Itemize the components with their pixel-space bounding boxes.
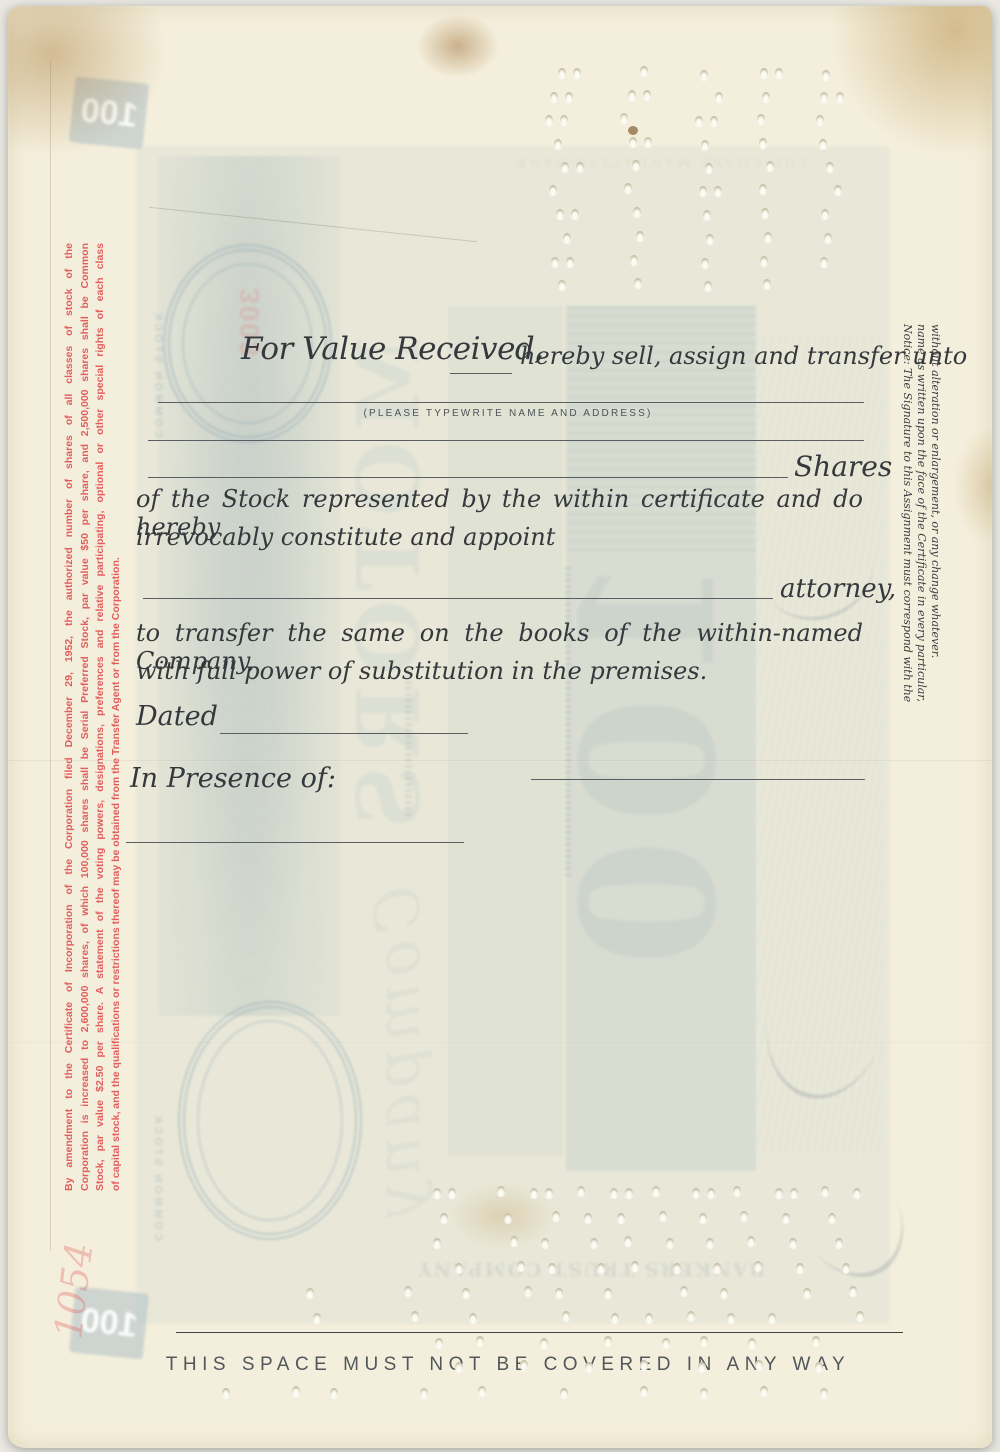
punch-hole bbox=[849, 1286, 857, 1296]
punch-hole bbox=[577, 1186, 585, 1196]
punch-hole bbox=[659, 1211, 667, 1221]
in-presence-of-label: In Presence of: bbox=[130, 763, 336, 794]
punch-hole bbox=[558, 280, 566, 290]
punch-hole bbox=[585, 1362, 593, 1372]
punch-hole bbox=[700, 1336, 708, 1346]
punch-hole bbox=[555, 1288, 563, 1298]
punch-hole bbox=[520, 1360, 528, 1370]
punch-hole bbox=[566, 257, 574, 267]
assignee-line-1[interactable] bbox=[158, 402, 864, 403]
footer-instruction: THIS SPACE MUST NOT BE COVERED IN ANY WA… bbox=[8, 1354, 992, 1376]
punch-hole bbox=[680, 1286, 688, 1296]
punch-hole bbox=[820, 1388, 828, 1398]
punch-hole bbox=[584, 1213, 592, 1223]
punch-hole bbox=[820, 92, 828, 102]
punch-hole bbox=[556, 209, 564, 219]
amendment-legend-line: of capital stock, and the qualifications… bbox=[109, 243, 125, 1191]
punch-hole bbox=[740, 1211, 748, 1221]
punch-hole bbox=[715, 92, 723, 102]
notice-line: without alteration or enlargement, or an… bbox=[928, 324, 942, 772]
punch-hole bbox=[524, 1286, 532, 1296]
punch-hole bbox=[824, 233, 832, 243]
punch-hole bbox=[755, 1360, 763, 1370]
punch-hole bbox=[554, 139, 562, 149]
assignee-line-2[interactable] bbox=[148, 440, 864, 441]
punch-hole bbox=[643, 90, 651, 100]
punch-hole bbox=[706, 1238, 714, 1248]
punch-hole bbox=[761, 208, 769, 218]
foxing-stain-right-edge bbox=[952, 426, 992, 546]
punch-hole bbox=[435, 1338, 443, 1348]
punch-hole bbox=[714, 186, 722, 196]
punch-hole bbox=[819, 139, 827, 149]
deckle-edge-line bbox=[50, 61, 51, 1251]
punch-hole bbox=[433, 1188, 441, 1198]
punch-hole bbox=[763, 279, 771, 289]
punch-hole bbox=[628, 90, 636, 100]
ghost-company-word: Company bbox=[361, 886, 434, 1223]
punch-hole bbox=[634, 278, 642, 288]
punch-hole bbox=[701, 140, 709, 150]
punch-hole bbox=[764, 232, 772, 242]
punch-hole bbox=[652, 1186, 660, 1196]
punch-hole bbox=[828, 1213, 836, 1223]
punch-hole bbox=[604, 1336, 612, 1346]
punch-hole bbox=[673, 1263, 681, 1273]
fold-crease bbox=[8, 760, 992, 762]
punch-hole bbox=[821, 209, 829, 219]
punch-hole bbox=[640, 1360, 648, 1370]
typewrite-caption: (PLEASE TYPEWRITE NAME AND ADDRESS) bbox=[8, 408, 992, 419]
showthrough-engraving-band bbox=[158, 156, 340, 1016]
punch-hole bbox=[705, 163, 713, 173]
dated-label: Dated bbox=[136, 701, 218, 732]
punch-hole bbox=[455, 1263, 463, 1273]
punch-hole bbox=[548, 1263, 556, 1273]
punch-hole bbox=[560, 1388, 568, 1398]
witness-line[interactable] bbox=[126, 842, 464, 843]
punch-hole bbox=[478, 1386, 486, 1396]
amendment-legend-line: Corporation is increased to 2,600,000 sh… bbox=[78, 243, 94, 1191]
ghost-corner-denomination-top: 100 bbox=[69, 76, 149, 149]
punch-hole bbox=[517, 1261, 525, 1271]
showthrough-microtext-stripe bbox=[564, 566, 571, 876]
punch-hole bbox=[713, 1263, 721, 1273]
showthrough-microtext-stripe bbox=[405, 666, 412, 816]
punch-hole bbox=[563, 233, 571, 243]
amendment-legend-line: Stock, par value $2.50 per share. A stat… bbox=[93, 243, 109, 1191]
punch-hole bbox=[549, 185, 557, 195]
punch-hole bbox=[573, 68, 581, 78]
punch-hole bbox=[816, 115, 824, 125]
punch-hole bbox=[760, 1386, 768, 1396]
punch-hole bbox=[565, 92, 573, 102]
punch-hole bbox=[703, 210, 711, 220]
punch-hole bbox=[611, 1313, 619, 1323]
punch-hole bbox=[759, 138, 767, 148]
punch-hole bbox=[701, 258, 709, 268]
showthrough-value-band bbox=[566, 306, 756, 1171]
punch-hole bbox=[645, 1313, 653, 1323]
attorney-blank-line[interactable] bbox=[143, 598, 773, 599]
punch-hole bbox=[420, 1388, 428, 1398]
foxing-stain-top-center bbox=[413, 11, 503, 81]
punch-hole bbox=[561, 162, 569, 172]
punch-hole bbox=[448, 1188, 456, 1198]
punch-hole bbox=[687, 1311, 695, 1321]
punch-hole bbox=[666, 1238, 674, 1248]
punch-hole bbox=[576, 162, 584, 172]
punch-hole bbox=[497, 1186, 505, 1196]
body-line-2: irrevocably constitute and appoint bbox=[136, 523, 555, 551]
punch-hole bbox=[727, 1313, 735, 1323]
punch-hole bbox=[699, 1213, 707, 1223]
punch-hole bbox=[545, 115, 553, 125]
punch-hole bbox=[790, 1188, 798, 1198]
amendment-legend: By amendment to the Certificate of Incor… bbox=[62, 243, 124, 1191]
punch-hole bbox=[662, 1338, 670, 1348]
foxing-speck bbox=[628, 126, 638, 135]
ghost-signature-flourish bbox=[749, 914, 908, 1112]
punch-hole bbox=[540, 1338, 548, 1348]
notice-line: Notice: The Signature to this Assignment… bbox=[900, 324, 914, 772]
punch-hole bbox=[699, 186, 707, 196]
shares-blank-line[interactable] bbox=[148, 477, 788, 478]
punch-hole bbox=[822, 70, 830, 80]
punch-hole bbox=[440, 1213, 448, 1223]
punch-hole bbox=[560, 115, 568, 125]
foxing-stain-top-left bbox=[8, 6, 178, 166]
body-line-4: with full power of substitution in the p… bbox=[136, 657, 707, 685]
punch-hole bbox=[707, 1188, 715, 1198]
punch-hole bbox=[836, 92, 844, 102]
punch-hole bbox=[597, 1263, 605, 1273]
punch-hole bbox=[620, 113, 628, 123]
punch-hole bbox=[698, 1362, 706, 1372]
punch-hole bbox=[640, 1386, 648, 1396]
punch-hole bbox=[292, 1386, 300, 1396]
punch-hole bbox=[610, 1188, 618, 1198]
punch-hole bbox=[835, 1238, 843, 1248]
punch-hole bbox=[545, 1188, 553, 1198]
punch-hole bbox=[571, 209, 579, 219]
punch-hole bbox=[624, 1236, 632, 1246]
punch-hole bbox=[640, 66, 648, 76]
certificate-paper: 3003 100 100 MOTORS Company 100 COMMON S… bbox=[8, 6, 992, 1448]
punch-hole bbox=[530, 1188, 538, 1198]
punch-hole bbox=[306, 1288, 314, 1298]
punch-hole bbox=[720, 1288, 728, 1298]
punch-hole bbox=[821, 1186, 829, 1196]
punch-hole bbox=[692, 1188, 700, 1198]
showthrough-panel bbox=[136, 146, 890, 1324]
punch-hole bbox=[775, 68, 783, 78]
punch-hole bbox=[469, 1313, 477, 1323]
attorney-label: attorney, bbox=[780, 574, 896, 604]
punch-hole bbox=[706, 234, 714, 244]
punch-hole bbox=[644, 137, 652, 147]
ghost-medallion-bottom bbox=[178, 1001, 362, 1240]
punch-hole bbox=[541, 1238, 549, 1248]
punch-hole bbox=[617, 1213, 625, 1223]
for-value-received-text: For Value Received, bbox=[241, 331, 544, 367]
punch-hole bbox=[803, 1288, 811, 1298]
punch-hole bbox=[633, 207, 641, 217]
punch-hole bbox=[504, 1213, 512, 1223]
punch-hole bbox=[404, 1286, 412, 1296]
punch-hole bbox=[462, 1288, 470, 1298]
punch-hole bbox=[704, 281, 712, 291]
punch-hole bbox=[768, 1313, 776, 1323]
punch-hole bbox=[700, 70, 708, 80]
punch-hole bbox=[590, 1238, 598, 1248]
ghost-bank-line: THE CHASE MANHATTAN BANK bbox=[513, 154, 808, 169]
diagonal-crease bbox=[149, 207, 477, 242]
punch-hole bbox=[762, 92, 770, 102]
punch-hole bbox=[842, 1263, 850, 1273]
punch-hole bbox=[782, 1213, 790, 1223]
punch-hole bbox=[562, 1311, 570, 1321]
punch-hole bbox=[812, 1336, 820, 1346]
punch-hole bbox=[789, 1238, 797, 1248]
punch-hole bbox=[815, 1362, 823, 1372]
punch-hole bbox=[760, 68, 768, 78]
signature-line[interactable] bbox=[531, 779, 865, 780]
fold-crease bbox=[8, 1042, 992, 1044]
punch-hole bbox=[834, 185, 842, 195]
punch-hole bbox=[775, 1188, 783, 1198]
punch-hole bbox=[759, 184, 767, 194]
showthrough-mid-band bbox=[448, 306, 563, 1156]
punch-hole bbox=[695, 116, 703, 126]
ghost-common-stock-bottom: COMMON STOCK bbox=[148, 1112, 166, 1241]
punch-hole bbox=[551, 257, 559, 267]
notice-line: name as written upon the face of the Cer… bbox=[914, 324, 928, 772]
punch-hole bbox=[624, 183, 632, 193]
punch-hole bbox=[330, 1388, 338, 1398]
punch-hole bbox=[826, 162, 834, 172]
punch-hole bbox=[733, 1186, 741, 1196]
punch-hole bbox=[455, 1362, 463, 1372]
punch-hole bbox=[760, 256, 768, 266]
amendment-legend-line: By amendment to the Certificate of Incor… bbox=[62, 243, 78, 1191]
punch-hole bbox=[820, 257, 828, 267]
punch-hole bbox=[710, 116, 718, 126]
pencil-annotation: 1054 bbox=[46, 1240, 101, 1341]
punch-hole bbox=[313, 1313, 321, 1323]
punch-hole bbox=[632, 160, 640, 170]
punch-hole bbox=[510, 1236, 518, 1246]
punch-hole bbox=[856, 1311, 864, 1321]
footer-rule bbox=[176, 1332, 903, 1333]
shares-label: Shares bbox=[794, 450, 892, 483]
punch-hole bbox=[853, 1188, 861, 1198]
punch-hole bbox=[222, 1388, 230, 1398]
punch-hole bbox=[700, 1388, 708, 1398]
punch-hole bbox=[757, 114, 765, 124]
punch-hole bbox=[604, 1288, 612, 1298]
punch-hole bbox=[748, 1338, 756, 1348]
punch-hole bbox=[629, 137, 637, 147]
punch-hole bbox=[476, 1336, 484, 1346]
punch-hole bbox=[433, 1238, 441, 1248]
punch-hole bbox=[411, 1311, 419, 1321]
punch-hole bbox=[625, 1188, 633, 1198]
punch-hole bbox=[630, 255, 638, 265]
punch-hole bbox=[754, 1261, 762, 1271]
punch-hole bbox=[631, 1261, 639, 1271]
seller-name-blank[interactable] bbox=[450, 373, 512, 374]
punch-hole bbox=[558, 68, 566, 78]
signature-notice: without alteration or enlargement, or an… bbox=[900, 324, 942, 772]
foxing-stain-top-right bbox=[812, 6, 992, 176]
punch-hole bbox=[636, 231, 644, 241]
punch-hole bbox=[747, 1236, 755, 1246]
punch-hole bbox=[552, 1211, 560, 1221]
punch-hole bbox=[796, 1263, 804, 1273]
dated-blank-line[interactable] bbox=[220, 733, 468, 734]
punch-hole bbox=[766, 161, 774, 171]
punch-hole bbox=[550, 92, 558, 102]
